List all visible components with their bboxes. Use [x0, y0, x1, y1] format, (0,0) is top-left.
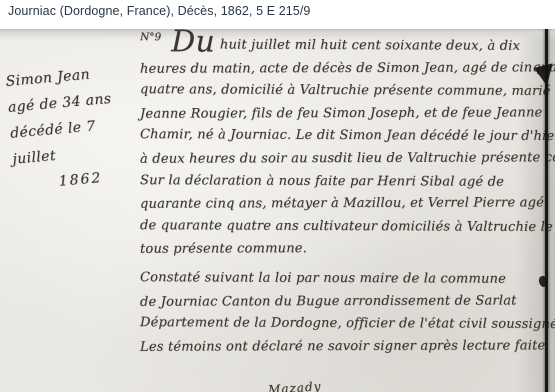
act-text: N°9Duhuit juillet mil huit cent soixante… [140, 35, 552, 358]
act-line: de Journiac Canton du Bugue arrondisseme… [140, 290, 552, 314]
mayor-signature: Mazady [268, 379, 322, 392]
act-line: Département de la Dordogne, officier de … [140, 312, 552, 336]
act-line: heures du matin, acte de décès de Simon … [140, 57, 552, 81]
margin-annotation: Simon Jean agé de 34 ans décédé le 7 jui… [5, 57, 148, 198]
act-line: à deux heures du soir au susdit lieu de … [140, 147, 552, 171]
record-number: N°9 [140, 29, 161, 49]
act-line: quarante cinq ans, métayer à Mazillou, e… [140, 192, 552, 216]
document-scan[interactable]: Simon Jean agé de 34 ans décédé le 7 jui… [0, 29, 555, 392]
record-viewer: Journiac (Dordogne, France), Décès, 1862… [0, 0, 555, 392]
act-line: Les témoins ont déclaré ne savoir signer… [140, 335, 552, 359]
drop-cap: Du [171, 37, 215, 47]
act-line: Sur la déclaration à nous faite par Henr… [140, 170, 552, 194]
record-caption: Journiac (Dordogne, France), Décès, 1862… [0, 0, 555, 29]
act-line: N°9Duhuit juillet mil huit cent soixante… [140, 34, 552, 58]
act-line: tous présente commune. [140, 238, 552, 262]
act-line-text: huit juillet mil huit cent soixante deux… [220, 37, 520, 53]
act-line: Jeanne Rougier, fils de feu Simon Joseph… [140, 102, 552, 126]
act-line: quatre ans, domicilié à Valtruchie prése… [140, 79, 552, 103]
act-line: Constaté suivant la loi par nous maire d… [140, 267, 552, 291]
act-line: Chamir, né à Journiac. Le dit Simon Jean… [140, 124, 552, 148]
act-line: de quarante quatre ans cultivateur domic… [140, 215, 552, 239]
